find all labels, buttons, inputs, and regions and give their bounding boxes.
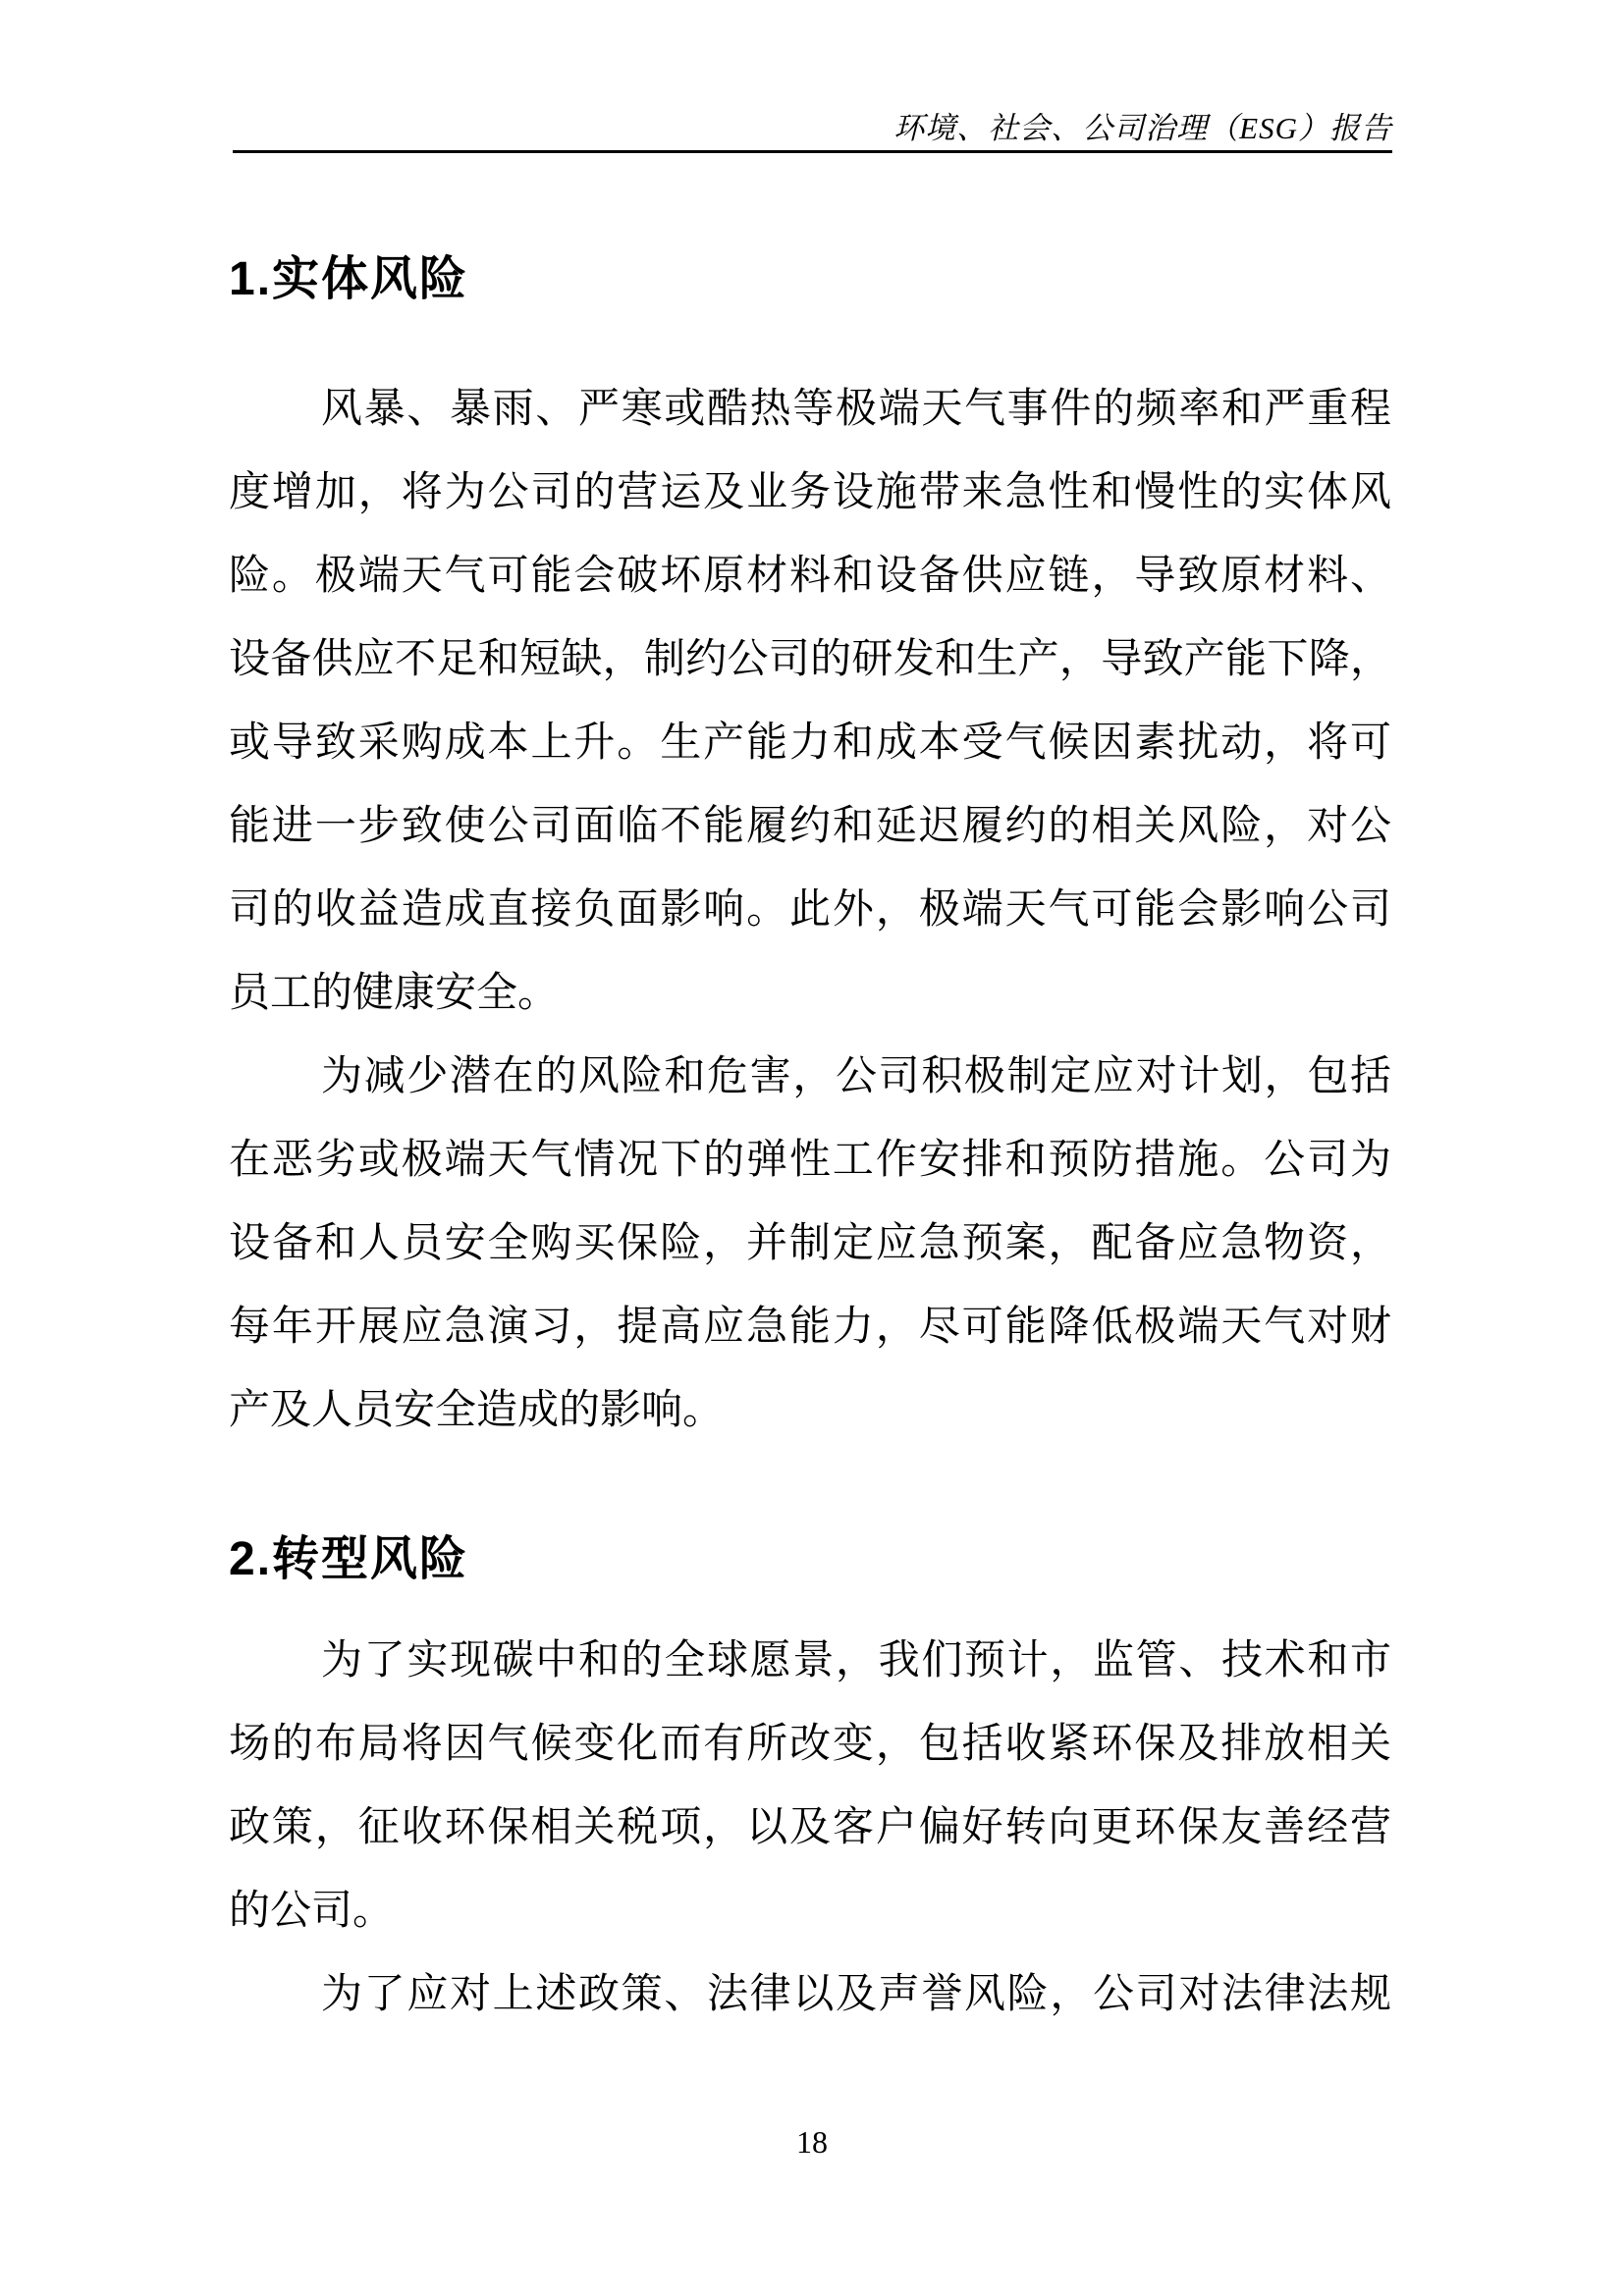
text-line: 度增加，将为公司的营运及业务设施带来急性和慢性的实体风 — [229, 452, 1391, 535]
text-line: 险。极端天气可能会破坏原材料和设备供应链，导致原材料、 — [229, 535, 1391, 618]
paragraph-physical-risk-1: 风暴、暴雨、严寒或酷热等极端天气事件的频率和严重程度增加，将为公司的营运及业务设… — [229, 368, 1391, 1036]
section-heading-physical-risk: 1.实体风险 — [229, 253, 468, 306]
text-line: 为减少潜在的风险和危害，公司积极制定应对计划，包括 — [229, 1036, 1391, 1119]
section-heading-transition-risk: 2.转型风险 — [229, 1533, 468, 1586]
document-page: 环境、社会、公司治理（ESG）报告 1.实体风险 风暴、暴雨、严寒或酷热等极端天… — [0, 0, 1624, 2296]
text-line: 能进一步致使公司面临不能履约和延迟履约的相关风险，对公 — [229, 785, 1391, 869]
text-line: 员工的健康安全。 — [229, 952, 1391, 1036]
text-line: 的公司。 — [229, 1870, 1391, 1953]
text-line: 司的收益造成直接负面影响。此外，极端天气可能会影响公司 — [229, 869, 1391, 952]
text-line: 风暴、暴雨、严寒或酷热等极端天气事件的频率和严重程 — [229, 368, 1391, 452]
text-line: 产及人员安全造成的影响。 — [229, 1369, 1391, 1453]
paragraph-physical-risk-2: 为减少潜在的风险和危害，公司积极制定应对计划，包括在恶劣或极端天气情况下的弹性工… — [229, 1036, 1391, 1453]
text-line: 每年开展应急演习，提高应急能力，尽可能降低极端天气对财 — [229, 1286, 1391, 1369]
text-line: 设备供应不足和短缺，制约公司的研发和生产，导致产能下降， — [229, 618, 1391, 702]
text-line: 场的布局将因气候变化而有所改变，包括收紧环保及排放相关 — [229, 1703, 1391, 1787]
paragraph-transition-risk-1: 为了实现碳中和的全球愿景，我们预计，监管、技术和市场的布局将因气候变化而有所改变… — [229, 1620, 1391, 1953]
text-line: 为了应对上述政策、法律以及声誉风险，公司对法律法规 — [229, 1953, 1391, 2037]
page-header: 环境、社会、公司治理（ESG）报告 — [233, 98, 1392, 153]
text-line: 在恶劣或极端天气情况下的弹性工作安排和预防措施。公司为 — [229, 1119, 1391, 1202]
paragraph-transition-risk-2: 为了应对上述政策、法律以及声誉风险，公司对法律法规 — [229, 1953, 1391, 2037]
text-line: 或导致采购成本上升。生产能力和成本受气候因素扰动，将可 — [229, 702, 1391, 785]
header-title: 环境、社会、公司治理（ESG）报告 — [893, 113, 1392, 150]
text-line: 设备和人员安全购买保险，并制定应急预案，配备应急物资， — [229, 1202, 1391, 1286]
text-line: 为了实现碳中和的全球愿景，我们预计，监管、技术和市 — [229, 1620, 1391, 1703]
page-number: 18 — [0, 2126, 1624, 2158]
text-line: 政策，征收环保相关税项，以及客户偏好转向更环保友善经营 — [229, 1787, 1391, 1870]
